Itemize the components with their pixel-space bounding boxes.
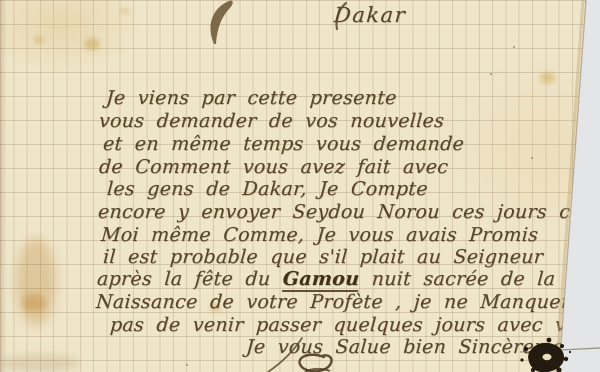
paper-speck	[513, 46, 515, 48]
letter-line: après la fête du Gamou nuit sacrée de la	[96, 268, 556, 290]
paper-stain	[120, 8, 130, 14]
paper-stain	[0, 354, 80, 372]
paper-speck	[531, 157, 533, 159]
paper-speck	[490, 73, 492, 75]
underlined-word-gamou: Gamou	[282, 268, 360, 292]
letter-line: de Comment vous avez fait avec	[98, 156, 449, 178]
paper-stain	[84, 38, 100, 50]
line-segment: après la fête du	[96, 268, 283, 290]
letter-line: vous demander de vos nouvelles	[98, 110, 445, 132]
line-segment: nuit sacrée de la	[359, 268, 556, 290]
paper-stain	[16, 238, 56, 326]
paper-stain	[34, 36, 44, 44]
letter-line: pas de venir passer quelques jours avec …	[109, 314, 600, 336]
dateline-location: Dakar	[333, 4, 407, 26]
paper-stain	[540, 72, 555, 84]
letter-line: les gens de Dakar, Je Compte	[106, 178, 428, 200]
paper-speck	[186, 364, 188, 366]
letter-line: il est probable que s'il plait au Seigne…	[102, 246, 544, 268]
letter-photo: Dakar Je viens par cette presente vous d…	[0, 0, 600, 372]
letter-line: Moi même Comme, Je vous avais Promis	[100, 224, 539, 246]
letter-paper: Dakar Je viens par cette presente vous d…	[0, 0, 600, 372]
letter-line: Naissance de votre Profète , je ne Manqu…	[95, 291, 589, 313]
letter-line: encore y envoyer Seydou Norou ces jours …	[97, 201, 577, 223]
letter-line: Je vous Salue bien Sincèrement	[245, 336, 585, 358]
letter-line: Je viens par cette presente	[105, 87, 397, 109]
paper-stain	[22, 294, 46, 312]
letter-line: et en même temps vous demande	[102, 133, 465, 155]
